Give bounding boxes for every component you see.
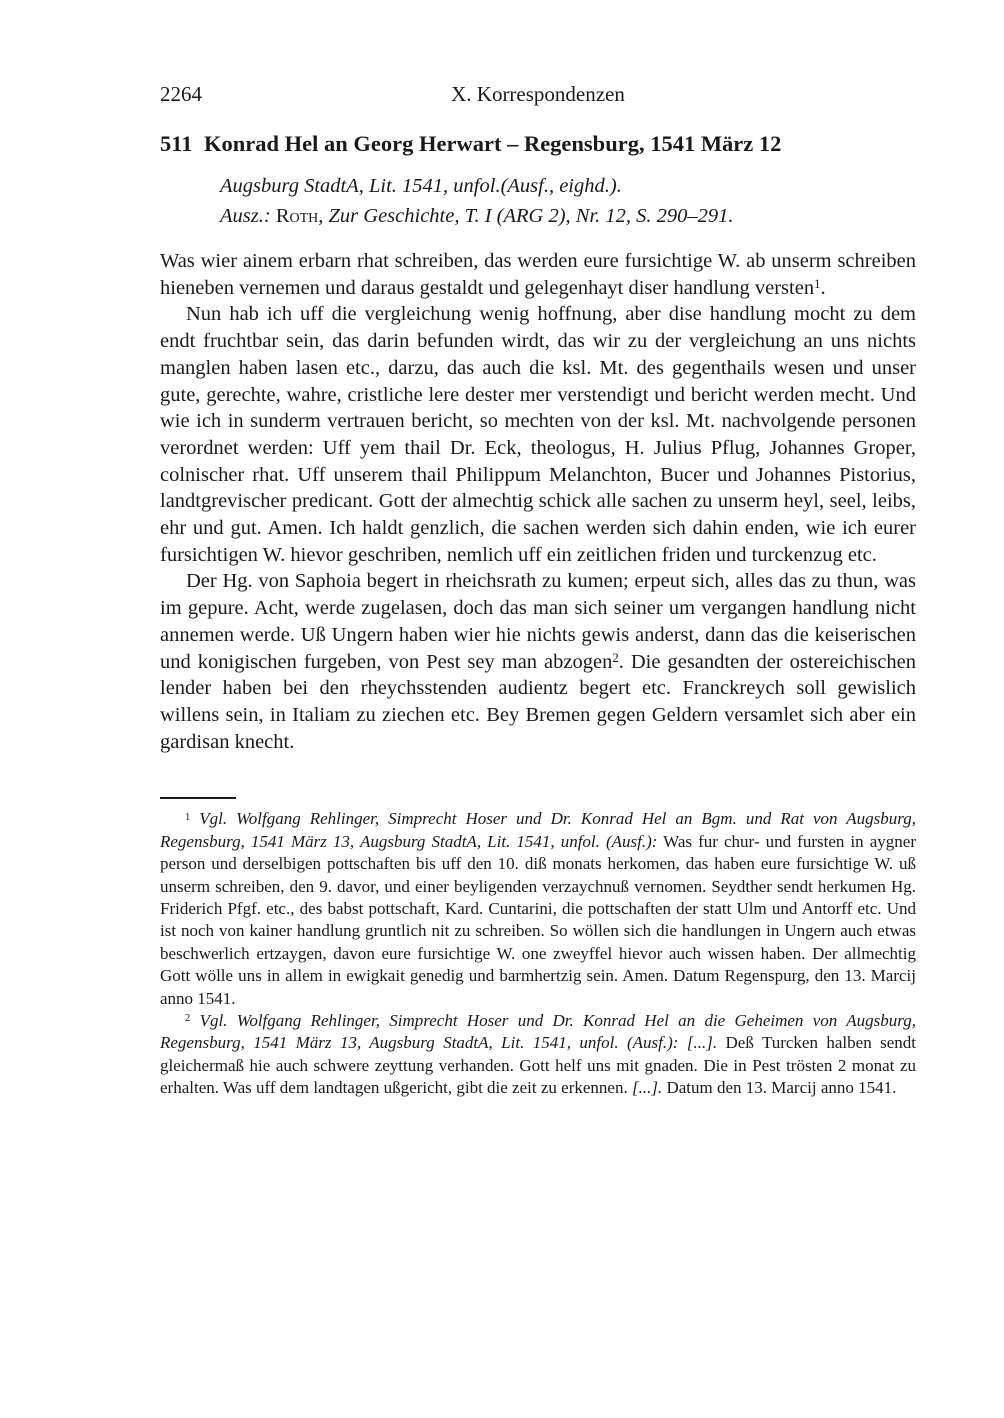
footnote-divider bbox=[160, 797, 236, 799]
running-head: X. Korrespondenzen bbox=[160, 82, 916, 107]
entry-title: Konrad Hel an Georg Herwart – Regensburg… bbox=[204, 129, 916, 159]
body-paragraph: Der Hg. von Saphoia begert in rheichsrat… bbox=[160, 568, 916, 755]
footnote-2: 2 Vgl. Wolfgang Rehlinger, Simprecht Hos… bbox=[160, 1010, 916, 1100]
source-block: Augsburg StadtA, Lit. 1541, unfol.(Ausf.… bbox=[220, 171, 916, 231]
footnotes-section: 1 Vgl. Wolfgang Rehlinger, Simprecht Hos… bbox=[160, 797, 916, 1099]
source-line-edition: Ausz.: Roth, Zur Geschichte, T. I (ARG 2… bbox=[220, 201, 916, 231]
entry-number: 511 bbox=[160, 129, 204, 159]
book-page: 2264 X. Korrespondenzen 511 Konrad Hel a… bbox=[0, 0, 1004, 1418]
body-paragraph: Was wier ainem erbarn rhat schreiben, da… bbox=[160, 248, 916, 301]
source-line-archive: Augsburg StadtA, Lit. 1541, unfol.(Ausf.… bbox=[220, 171, 916, 201]
body-paragraph: Nun hab ich uff die vergleichung wenig h… bbox=[160, 301, 916, 568]
entry-heading: 511 Konrad Hel an Georg Herwart – Regens… bbox=[160, 129, 916, 159]
footnote-1: 1 Vgl. Wolfgang Rehlinger, Simprecht Hos… bbox=[160, 808, 916, 1010]
page-header: 2264 X. Korrespondenzen bbox=[160, 82, 916, 107]
letter-body: Was wier ainem erbarn rhat schreiben, da… bbox=[160, 248, 916, 755]
